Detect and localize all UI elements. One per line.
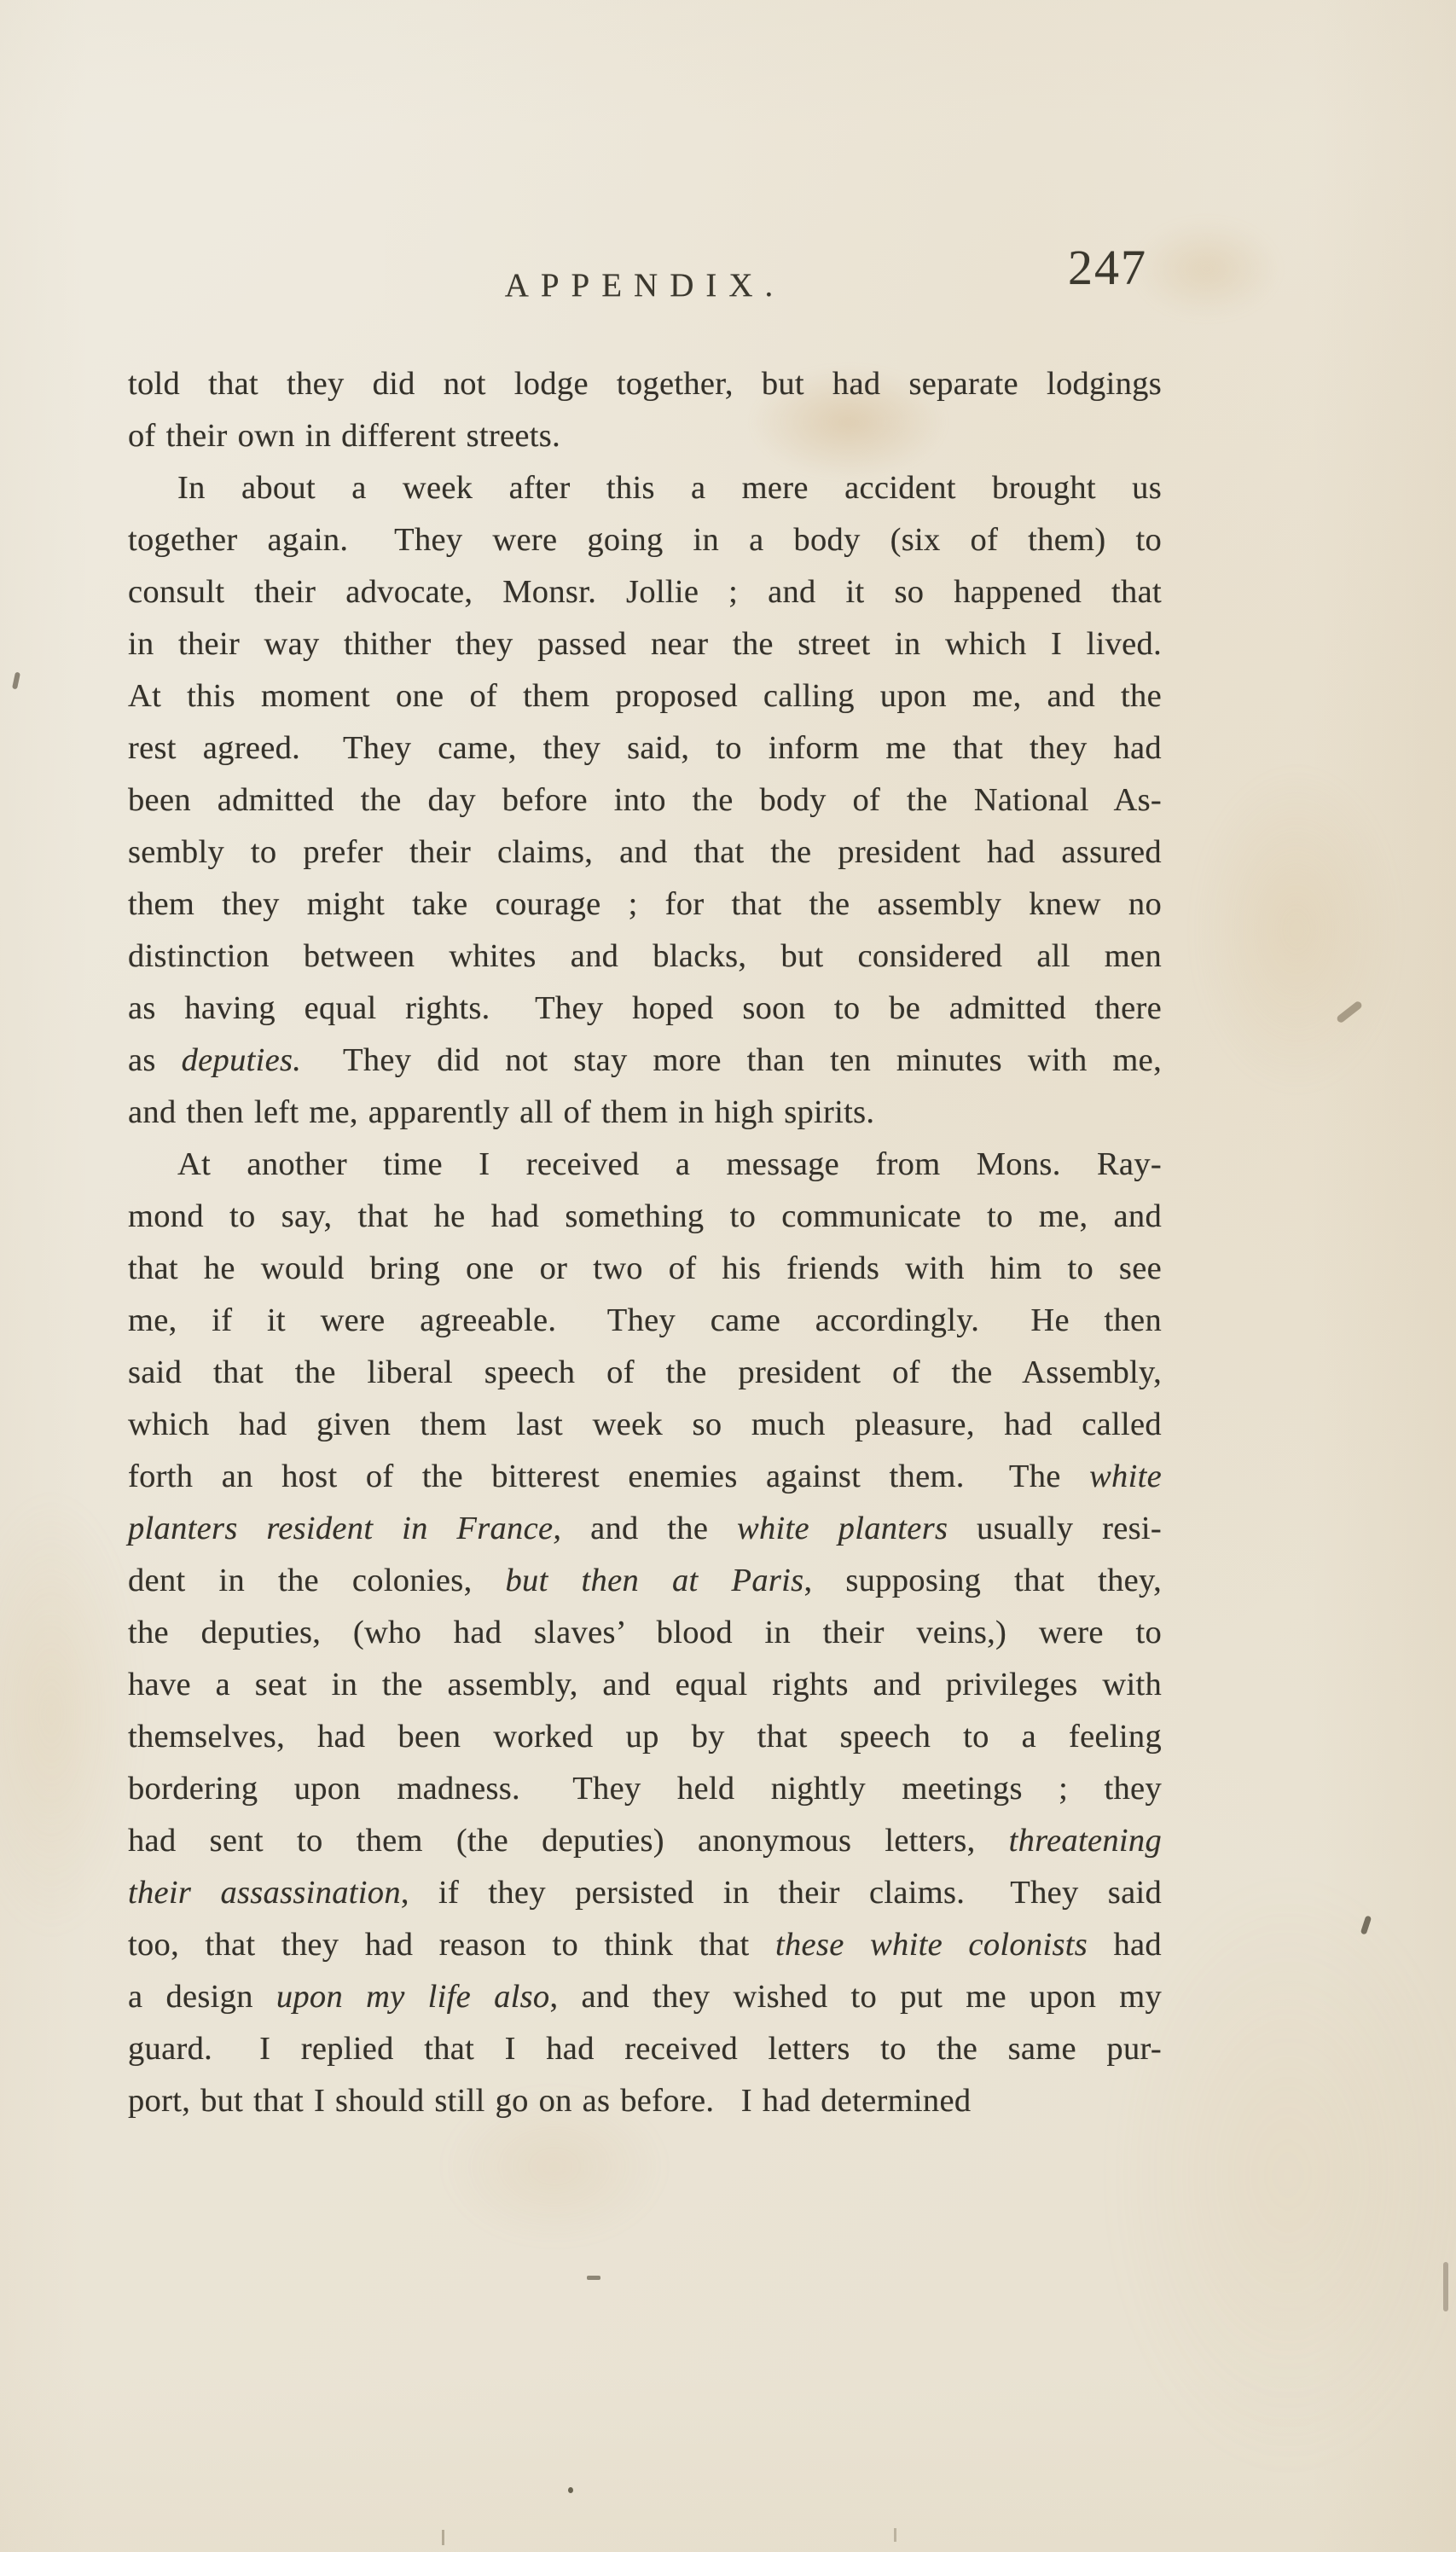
text-run: as having equal rights. They hoped soon … [128,990,1162,1026]
text-line: distinction between whites and blacks, b… [128,931,1162,983]
text-line: have a seat in the assembly, and equal r… [128,1659,1162,1711]
text-line: their assassination, if they persisted i… [128,1867,1162,1919]
text-run: them they might take courage ; for that … [128,886,1162,922]
stray-mark [442,2530,444,2545]
italic-run: deputies. [182,1042,302,1078]
text-run: In about a week after this a mere accide… [177,470,1162,506]
text-line: said that the liberal speech of the pres… [128,1347,1162,1399]
text-line: of their own in different streets. [128,410,1162,462]
text-run: sembly to prefer their claims, and that … [128,834,1162,870]
text-line: the deputies, (who had slaves’ blood in … [128,1607,1162,1659]
stray-mark [587,2276,600,2280]
text-line: In about a week after this a mere accide… [128,462,1162,514]
text-run: They did not stay more than ten minutes … [301,1042,1162,1078]
italic-run: upon my life also [276,1979,550,2015]
stray-mark [1336,1000,1363,1024]
text-line: forth an host of the bitterest enemies a… [128,1451,1162,1503]
text-run: together again. They were going in a bod… [128,522,1162,558]
italic-run: planters resident in France, [128,1511,561,1546]
italic-run: white [1089,1459,1162,1494]
text-line: which had given them last week so much p… [128,1399,1162,1451]
text-line: been admitted the day before into the bo… [128,774,1162,826]
text-run: mond to say, that he had something to co… [128,1198,1162,1234]
text-line: port, but that I should still go on as b… [128,2075,1162,2127]
stray-mark [12,672,20,690]
text-run: distinction between whites and blacks, b… [128,938,1162,974]
italic-run: threatening [1009,1823,1162,1859]
page-number: 247 [1068,239,1147,296]
text-line: me, if it were agreeable. They came acco… [128,1295,1162,1347]
text-run: and then left me, apparently all of them… [128,1094,874,1130]
text-run: , if they persisted in their claims. The… [401,1875,1162,1911]
text-run: as [128,1042,182,1078]
text-line: guard. I replied that I had received let… [128,2023,1162,2075]
stray-mark [568,2487,573,2493]
text-run: me, if it were agreeable. They came acco… [128,1302,1162,1338]
text-line: consult their advocate, Monsr. Jollie ; … [128,566,1162,618]
italic-run: their assassination [128,1875,401,1911]
text-line: that he would bring one or two of his fr… [128,1243,1162,1295]
text-run: dent in the colonies, [128,1563,505,1598]
paper-stain [1194,768,1399,1092]
text-run: said that the liberal speech of the pres… [128,1354,1162,1390]
text-line: and then left me, apparently all of them… [128,1087,1162,1139]
text-run: told that they did not lodge together, b… [128,366,1162,402]
stray-mark [1443,2262,1448,2311]
italic-run: but then at Paris [505,1563,803,1598]
text-run: too, that they had reason to think that [128,1927,775,1963]
text-line: too, that they had reason to think that … [128,1919,1162,1971]
text-line: rest agreed. They came, they said, to in… [128,722,1162,774]
text-line: dent in the colonies, but then at Paris,… [128,1555,1162,1607]
text-line: told that they did not lodge together, b… [128,358,1162,410]
text-line: themselves, had been worked up by that s… [128,1711,1162,1763]
book-page: APPENDIX. 247 told that they did not lod… [0,0,1456,2552]
italic-run: these white colonists [775,1927,1088,1963]
text-line: a design upon my life also, and they wis… [128,1971,1162,2023]
text-run: guard. I replied that I had received let… [128,2031,1162,2067]
text-line: them they might take courage ; for that … [128,879,1162,931]
text-line: as having equal rights. They hoped soon … [128,983,1162,1035]
text-run: a design [128,1979,276,2015]
italic-run: white planters [737,1511,948,1546]
text-run: usually resi- [948,1511,1162,1546]
text-line: together again. They were going in a bod… [128,514,1162,566]
text-run: had sent to them (the deputies) anonymou… [128,1823,1009,1859]
stray-mark [894,2528,896,2542]
text-line: planters resident in France, and the whi… [128,1503,1162,1555]
text-run: forth an host of the bitterest enemies a… [128,1459,1089,1494]
text-run: bordering upon madness. They held nightl… [128,1771,1162,1807]
text-line: At this moment one of them proposed call… [128,670,1162,722]
text-run: of their own in different streets. [128,418,560,454]
stray-mark [1360,1915,1372,1934]
text-line: had sent to them (the deputies) anonymou… [128,1815,1162,1867]
text-run: At this moment one of them proposed call… [128,678,1162,714]
text-column: told that they did not lodge together, b… [128,358,1162,2127]
text-run: themselves, had been worked up by that s… [128,1719,1162,1754]
text-run: which had given them last week so much p… [128,1406,1162,1442]
text-run: the deputies, (who had slaves’ blood in … [128,1615,1162,1650]
text-run: in their way thither they passed near th… [128,626,1162,662]
text-run: had [1088,1927,1162,1963]
text-run: , supposing that they, [803,1563,1162,1598]
text-run: , and they wished to put me upon my [549,1979,1162,2015]
text-run: consult their advocate, Monsr. Jollie ; … [128,574,1162,610]
text-run: rest agreed. They came, they said, to in… [128,730,1162,766]
text-line: in their way thither they passed near th… [128,618,1162,670]
text-line: as deputies. They did not stay more than… [128,1035,1162,1087]
text-run: and the [561,1511,737,1546]
text-line: sembly to prefer their claims, and that … [128,826,1162,879]
text-line: mond to say, that he had something to co… [128,1191,1162,1243]
running-title: APPENDIX. [128,266,1162,304]
text-run: been admitted the day before into the bo… [128,782,1162,818]
paper-stain [0,1493,136,1936]
text-run: At another time I received a message fro… [177,1146,1162,1182]
text-run: have a seat in the assembly, and equal r… [128,1667,1162,1702]
text-run: that he would bring one or two of his fr… [128,1250,1162,1286]
text-run: port, but that I should still go on as b… [128,2083,971,2119]
text-line: bordering upon madness. They held nightl… [128,1763,1162,1815]
text-line: At another time I received a message fro… [128,1139,1162,1191]
